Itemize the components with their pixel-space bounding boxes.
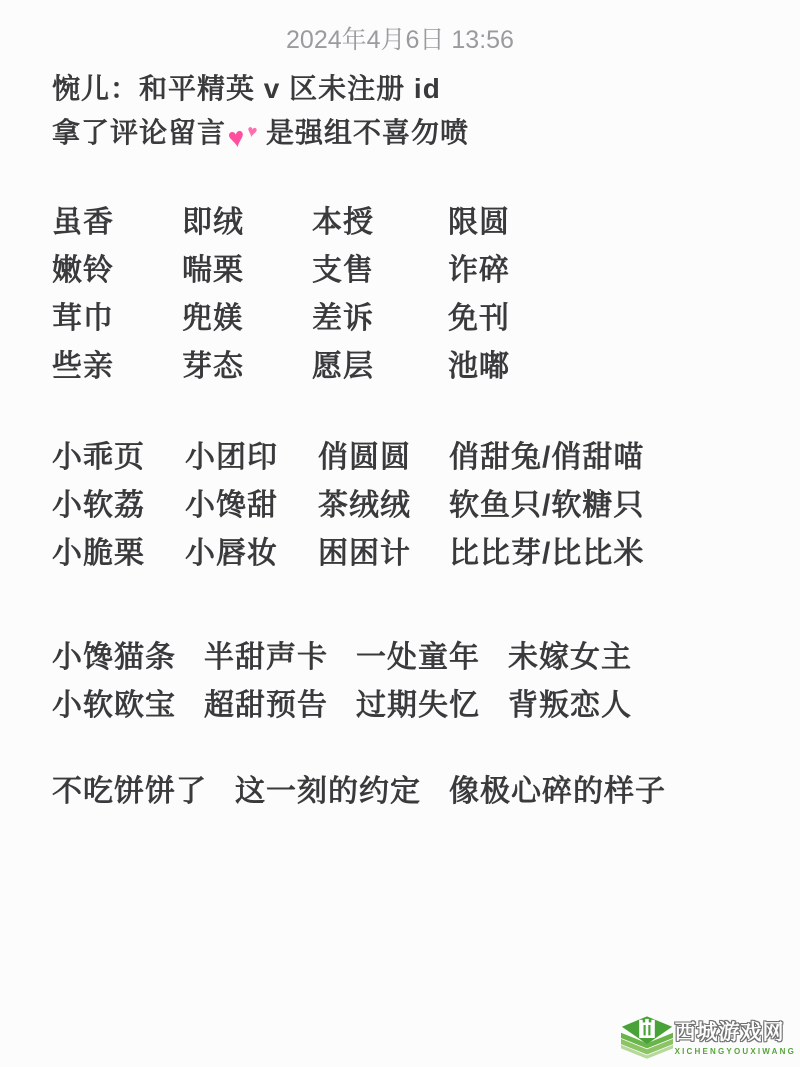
- word-item: 芽态: [182, 352, 312, 382]
- word-item: 诈碎: [448, 256, 510, 286]
- word-item: 小软欧宝: [52, 691, 176, 721]
- header-line-2: 拿了评论留言♥♥是强组不喜勿喷: [52, 111, 469, 155]
- xicheng-logo-icon: [621, 1015, 673, 1061]
- word-item: 未嫁女主: [508, 643, 632, 673]
- word-item: 过期失忆: [356, 691, 480, 721]
- watermark-site-name: 西城游戏网: [675, 1021, 796, 1045]
- word-row: 小软欧宝 超甜预告 过期失忆 背叛恋人: [52, 691, 632, 721]
- word-item: 像极心碎的样子: [449, 777, 666, 807]
- word-item: 不吃饼饼了: [52, 777, 207, 807]
- word-grid-1: 虽香 即绒 本授 限圆 嫩铃 喘栗 支售 诈碎 茸巾 兜媄 差诉 免刊 些亲 芽…: [52, 208, 510, 382]
- word-item: 俏圆圆: [318, 443, 449, 473]
- word-item: 兜媄: [182, 304, 312, 334]
- word-item: 小馋猫条: [52, 643, 176, 673]
- word-item: 本授: [312, 208, 448, 238]
- header-line-2-prefix: 拿了评论留言: [52, 117, 226, 148]
- word-item: 软鱼只/软糖只: [449, 491, 644, 521]
- word-item: 一处童年: [356, 643, 480, 673]
- word-item: 比比芽/比比米: [449, 539, 644, 569]
- word-item: 超甜预告: [204, 691, 328, 721]
- word-item: 限圆: [448, 208, 510, 238]
- note-page: 2024年4月6日 13:56 惋儿：和平精英 v 区未注册 id 拿了评论留言…: [0, 0, 800, 1067]
- header-line-1: 惋儿：和平精英 v 区未注册 id: [52, 67, 469, 111]
- word-grid-4: 不吃饼饼了 这一刻的约定 像极心碎的样子: [52, 777, 666, 807]
- word-item: 背叛恋人: [508, 691, 632, 721]
- header: 惋儿：和平精英 v 区未注册 id 拿了评论留言♥♥是强组不喜勿喷: [52, 67, 469, 155]
- watermark-text: 西城游戏网 XICHENGYOUXIWANG: [675, 1021, 796, 1056]
- word-item: 小唇妆: [185, 539, 318, 569]
- word-grid-3: 小馋猫条 半甜声卡 一处童年 未嫁女主 小软欧宝 超甜预告 过期失忆 背叛恋人: [52, 643, 632, 721]
- word-item: 茶绒绒: [318, 491, 449, 521]
- word-item: 茸巾: [52, 304, 182, 334]
- word-item: 差诉: [312, 304, 448, 334]
- word-item: 这一刻的约定: [235, 777, 421, 807]
- watermark: 西城游戏网 XICHENGYOUXIWANG: [621, 1015, 796, 1061]
- word-item: 嫩铃: [52, 256, 182, 286]
- word-item: 小团印: [185, 443, 318, 473]
- word-item: 困困计: [318, 539, 449, 569]
- word-item: 小馋甜: [185, 491, 318, 521]
- watermark-pinyin: XICHENGYOUXIWANG: [675, 1047, 796, 1056]
- word-item: 小脆栗: [52, 539, 185, 569]
- word-item: 小乖页: [52, 443, 185, 473]
- word-item: 即绒: [182, 208, 312, 238]
- word-item: 池嘟: [448, 352, 510, 382]
- timestamp: 2024年4月6日 13:56: [0, 20, 800, 56]
- header-line-2-suffix: 是强组不喜勿喷: [266, 117, 469, 148]
- word-item: 小软荔: [52, 491, 185, 521]
- word-item: 些亲: [52, 352, 182, 382]
- word-item: 免刊: [448, 304, 510, 334]
- word-grid-2: 小乖页 小团印 俏圆圆 俏甜兔/俏甜喵 小软荔 小馋甜 茶绒绒 软鱼只/软糖只 …: [52, 443, 644, 569]
- word-item: 虽香: [52, 208, 182, 238]
- word-row: 不吃饼饼了 这一刻的约定 像极心碎的样子: [52, 777, 666, 807]
- word-item: 半甜声卡: [204, 643, 328, 673]
- word-item: 愿层: [312, 352, 448, 382]
- word-item: 喘栗: [182, 256, 312, 286]
- word-item: 俏甜兔/俏甜喵: [449, 443, 644, 473]
- word-item: 支售: [312, 256, 448, 286]
- word-row: 小馋猫条 半甜声卡 一处童年 未嫁女主: [52, 643, 632, 673]
